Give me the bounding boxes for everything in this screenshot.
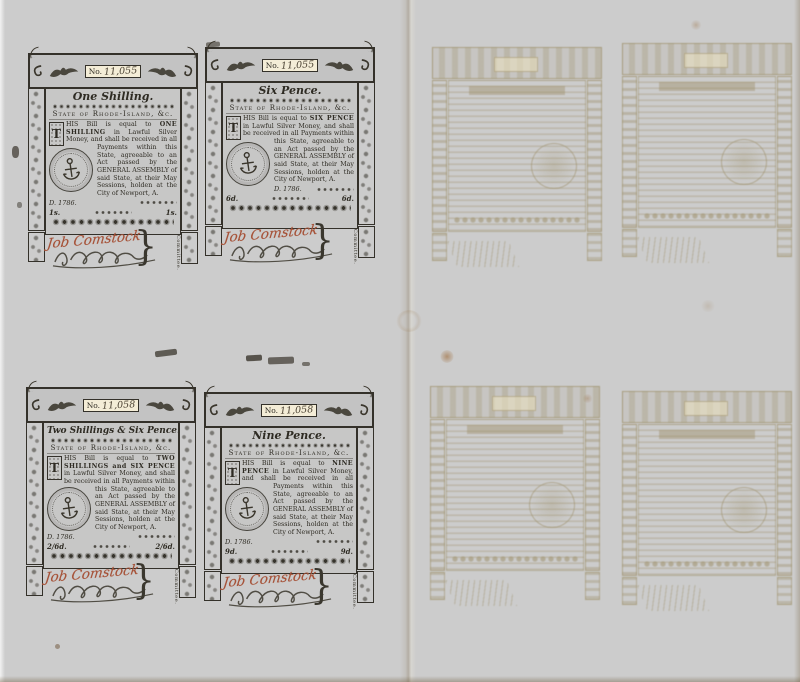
note-one-shilling: No. 11,055 One Shilling. State of Rhode-… (28, 53, 198, 271)
ghost-signature-showthrough (445, 580, 518, 606)
ghost-header-band (432, 47, 602, 79)
anchor-seal (225, 487, 269, 531)
ornamental-border-left (28, 88, 45, 231)
eagle-icon (323, 58, 355, 73)
eagle-icon (225, 58, 257, 73)
ornamental-border-left (205, 82, 222, 225)
ghost-border-right (622, 424, 637, 576)
date-row: D. 1786. (225, 538, 353, 546)
serial-cartouche: No. 11,058 (83, 399, 140, 412)
foxing-stain (582, 394, 593, 403)
obligation-text: T HIS Bill is equal to SIX PENCE in Lawf… (226, 115, 354, 184)
note-header-band: No. 11,055 (28, 53, 198, 89)
ghost-border-right (432, 80, 447, 232)
ghost-leg-left (777, 229, 792, 257)
denomination-title: Nine Pence. (225, 430, 353, 442)
obligation-rest: Payments within this State, agreeable to… (95, 478, 175, 531)
denomination-phrase: SIX PENCE (310, 115, 354, 122)
signature-zone: Job Comstock } (219, 570, 359, 610)
ghost-anchor-seal (721, 139, 767, 185)
ghost-text-area (638, 424, 776, 576)
scroll-ornament-icon (183, 64, 194, 79)
ink-smudge (155, 349, 178, 358)
ghost-serial-cartouche (684, 53, 728, 68)
eagle-icon (144, 398, 176, 413)
committee-brace-icon: } (134, 225, 157, 270)
serial-number: 11,055 (104, 65, 138, 78)
obligation-lead: HIS Bill is equal to (64, 455, 148, 462)
obligation-text: T HIS Bill is equal to ONE SHILLING in L… (49, 121, 177, 198)
date-row: D. 1786. (49, 199, 177, 207)
foxing-stain (690, 20, 702, 30)
scroll-ornament-icon (32, 64, 43, 79)
denomination-row: 9d. 9d. (225, 547, 353, 556)
eagle-icon (146, 64, 178, 79)
denomination-left: 6d. (226, 194, 238, 203)
state-line: State of Rhode-Island, &c. (225, 449, 353, 459)
date-line: D. 1786. (47, 533, 75, 541)
scroll-ornament-icon (181, 398, 192, 413)
ghost-border-right (622, 76, 637, 228)
denomination-left: 2/6d. (47, 542, 67, 551)
scroll-ornament-icon (209, 58, 220, 73)
anchor-icon (235, 150, 260, 179)
ghost-text-area (638, 76, 776, 228)
committee-label: Committee. (173, 569, 179, 604)
ornament-row (139, 200, 177, 205)
ornamental-border-right (181, 88, 198, 231)
ghost-anchor-seal (531, 143, 577, 189)
ornamental-border-right (179, 422, 196, 565)
obligation-rest: Payments within this State, agreeable to… (274, 130, 354, 183)
committee-brace-icon: } (132, 559, 155, 604)
obligation-text: T HIS Bill is equal to TWO SHILLINGS and… (47, 455, 175, 532)
denomination-left: 1s. (49, 208, 60, 217)
ghost-note-impression (432, 47, 602, 265)
note-header-band: No. 11,058 (26, 387, 196, 423)
ghost-signature-showthrough (637, 237, 710, 263)
obligation-rest: Payments within this State, agreeable to… (273, 483, 353, 536)
ornament-row (92, 544, 130, 549)
serial-cartouche: No. 11,055 (85, 65, 142, 78)
state-line: State of Rhode-Island, &c. (226, 104, 354, 114)
note-two-shillings-six-pence: No. 11,058 Two Shillings & Six Pence. St… (26, 387, 196, 605)
serial-label: No. (266, 61, 279, 70)
anchor-icon (234, 495, 259, 524)
ghost-border-left (585, 419, 600, 571)
state-line: State of Rhode-Island, &c. (47, 444, 175, 454)
ornament-chain (229, 204, 351, 212)
ghost-leg-right (622, 229, 637, 257)
denomination-title: One Shilling. (49, 91, 177, 103)
committee-label: Committee. (175, 235, 181, 270)
ornament-row (316, 187, 354, 192)
committee-brace-icon: } (311, 219, 334, 264)
serial-label: No. (265, 406, 278, 415)
anchor-icon (58, 156, 83, 185)
denomination-right: 9d. (341, 547, 353, 556)
denomination-title: Two Shillings & Six Pence. (47, 425, 175, 437)
committee-brace-icon: } (310, 564, 333, 609)
ornament-chain (229, 98, 351, 103)
denomination-row: 2/6d. 2/6d. (47, 542, 175, 551)
note-six-pence: No. 11,055 Six Pence. State of Rhode-Isl… (205, 47, 375, 265)
drop-cap: T (226, 116, 241, 140)
ornamental-leg-right (179, 566, 196, 598)
ghost-leg-left (587, 233, 602, 261)
anchor-icon (56, 494, 81, 523)
denomination-title: Six Pence. (226, 85, 354, 97)
foxing-stain (55, 644, 60, 649)
ornamental-border-left (26, 422, 43, 565)
ornamental-border-left (204, 427, 221, 570)
note-body: One Shilling. State of Rhode-Island, &c.… (45, 88, 181, 235)
ghost-note-impression (622, 391, 792, 609)
obligation-rest: Payments within this State, agreeable to… (97, 144, 177, 197)
obligation-lead: HIS Bill is equal to (66, 121, 151, 128)
ornament-row (137, 534, 175, 539)
date-row: D. 1786. (47, 533, 175, 541)
serial-number: 11,055 (281, 59, 315, 72)
ghost-leg-right (430, 572, 445, 600)
drop-cap: T (49, 122, 64, 146)
signature-zone: Job Comstock } (43, 231, 183, 271)
ornament-row (94, 210, 132, 215)
sheet-edge-left (0, 0, 5, 682)
drop-cap: T (47, 456, 62, 480)
anchor-seal (226, 142, 270, 186)
anchor-seal (47, 487, 91, 531)
ghost-anchor-seal (529, 482, 575, 528)
signature-zone: Job Comstock } (220, 225, 360, 265)
ghost-note-impression (622, 43, 792, 261)
note-body: Two Shillings & Six Pence. State of Rhod… (43, 422, 179, 569)
ghost-serial-cartouche (684, 401, 728, 416)
center-fold-crease (400, 0, 416, 682)
date-row: D. 1786. (274, 185, 354, 193)
ghost-header-band (430, 386, 600, 418)
ornament-row (271, 196, 309, 201)
serial-number: 11,058 (102, 399, 136, 412)
ghost-leg-right (432, 233, 447, 261)
date-line: D. 1786. (225, 538, 253, 546)
ornamental-border-right (358, 82, 375, 225)
signature-zone: Job Comstock } (41, 565, 181, 605)
ink-smudge (268, 357, 294, 365)
ink-speck (12, 146, 19, 158)
foxing-stain (700, 300, 716, 312)
drop-cap: T (225, 461, 240, 485)
anchor-seal (49, 148, 93, 192)
ornamental-border-right (357, 427, 374, 570)
denomination-row: 6d. 6d. (226, 194, 354, 203)
note-body: Six Pence. State of Rhode-Island, &c. T … (222, 82, 358, 229)
ornament-row (315, 539, 353, 544)
ghost-border-left (587, 80, 602, 232)
ornament-chain (228, 443, 350, 448)
note-body: Nine Pence. State of Rhode-Island, &c. T… (221, 427, 357, 574)
serial-number: 11,058 (280, 404, 314, 417)
ghost-border-right (430, 419, 445, 571)
eagle-icon (48, 64, 80, 79)
ghost-header-band (622, 391, 792, 423)
ghost-leg-right (622, 577, 637, 605)
serial-label: No. (89, 67, 102, 76)
ghost-signature-showthrough (447, 241, 520, 267)
ornament-row (270, 549, 308, 554)
eagle-icon (322, 403, 354, 418)
ink-smudge (302, 362, 310, 366)
ghost-header-band (622, 43, 792, 75)
ghost-text-area (448, 80, 586, 232)
denomination-right: 6d. (342, 194, 354, 203)
date-line: D. 1786. (49, 199, 77, 207)
ornament-chain (50, 438, 172, 443)
obligation-lead: HIS Bill is equal to (242, 460, 325, 467)
denomination-right: 2/6d. (155, 542, 175, 551)
sheet-edge-right (794, 0, 800, 682)
foxing-stain (440, 350, 454, 363)
ghost-border-left (777, 76, 792, 228)
committee-label: Committee. (352, 229, 358, 264)
date-line: D. 1786. (274, 185, 302, 193)
scroll-ornament-icon (360, 58, 371, 73)
note-nine-pence: No. 11,058 Nine Pence. State of Rhode-Is… (204, 392, 374, 610)
serial-cartouche: No. 11,055 (262, 59, 319, 72)
currency-sheet-photo: No. 11,055 One Shilling. State of Rhode-… (0, 0, 800, 682)
ghost-serial-cartouche (494, 57, 538, 72)
serial-label: No. (87, 401, 100, 410)
ghost-border-left (777, 424, 792, 576)
committee-label: Committee. (351, 574, 357, 609)
eagle-icon (46, 398, 78, 413)
ornamental-leg-right (357, 571, 374, 603)
scroll-ornament-icon (208, 403, 219, 418)
state-line: State of Rhode-Island, &c. (49, 110, 177, 120)
ghost-note-impression (430, 386, 600, 604)
note-header-band: No. 11,058 (204, 392, 374, 428)
ornamental-leg-right (181, 232, 198, 264)
ghost-signature-showthrough (637, 585, 710, 611)
obligation-lead: HIS Bill is equal to (243, 115, 307, 122)
sheet-edge-bottom (0, 676, 800, 682)
ornament-chain (52, 104, 174, 109)
scroll-ornament-icon (30, 398, 41, 413)
ghost-leg-left (585, 572, 600, 600)
ghost-serial-cartouche (492, 396, 536, 411)
foxing-stain (396, 310, 422, 332)
ghost-leg-left (777, 577, 792, 605)
ornamental-leg-right (358, 226, 375, 258)
scroll-ornament-icon (359, 403, 370, 418)
ink-smudge (206, 42, 220, 48)
denomination-left: 9d. (225, 547, 237, 556)
obligation-text: T HIS Bill is equal to NINE PENCE in Law… (225, 460, 353, 537)
ghost-text-area (446, 419, 584, 571)
ghost-anchor-seal (721, 487, 767, 533)
denomination-right: 1s. (166, 208, 177, 217)
eagle-icon (224, 403, 256, 418)
ink-smudge (246, 355, 262, 362)
note-header-band: No. 11,055 (205, 47, 375, 83)
denomination-row: 1s. 1s. (49, 208, 177, 217)
ink-speck (17, 202, 22, 208)
serial-cartouche: No. 11,058 (261, 404, 318, 417)
